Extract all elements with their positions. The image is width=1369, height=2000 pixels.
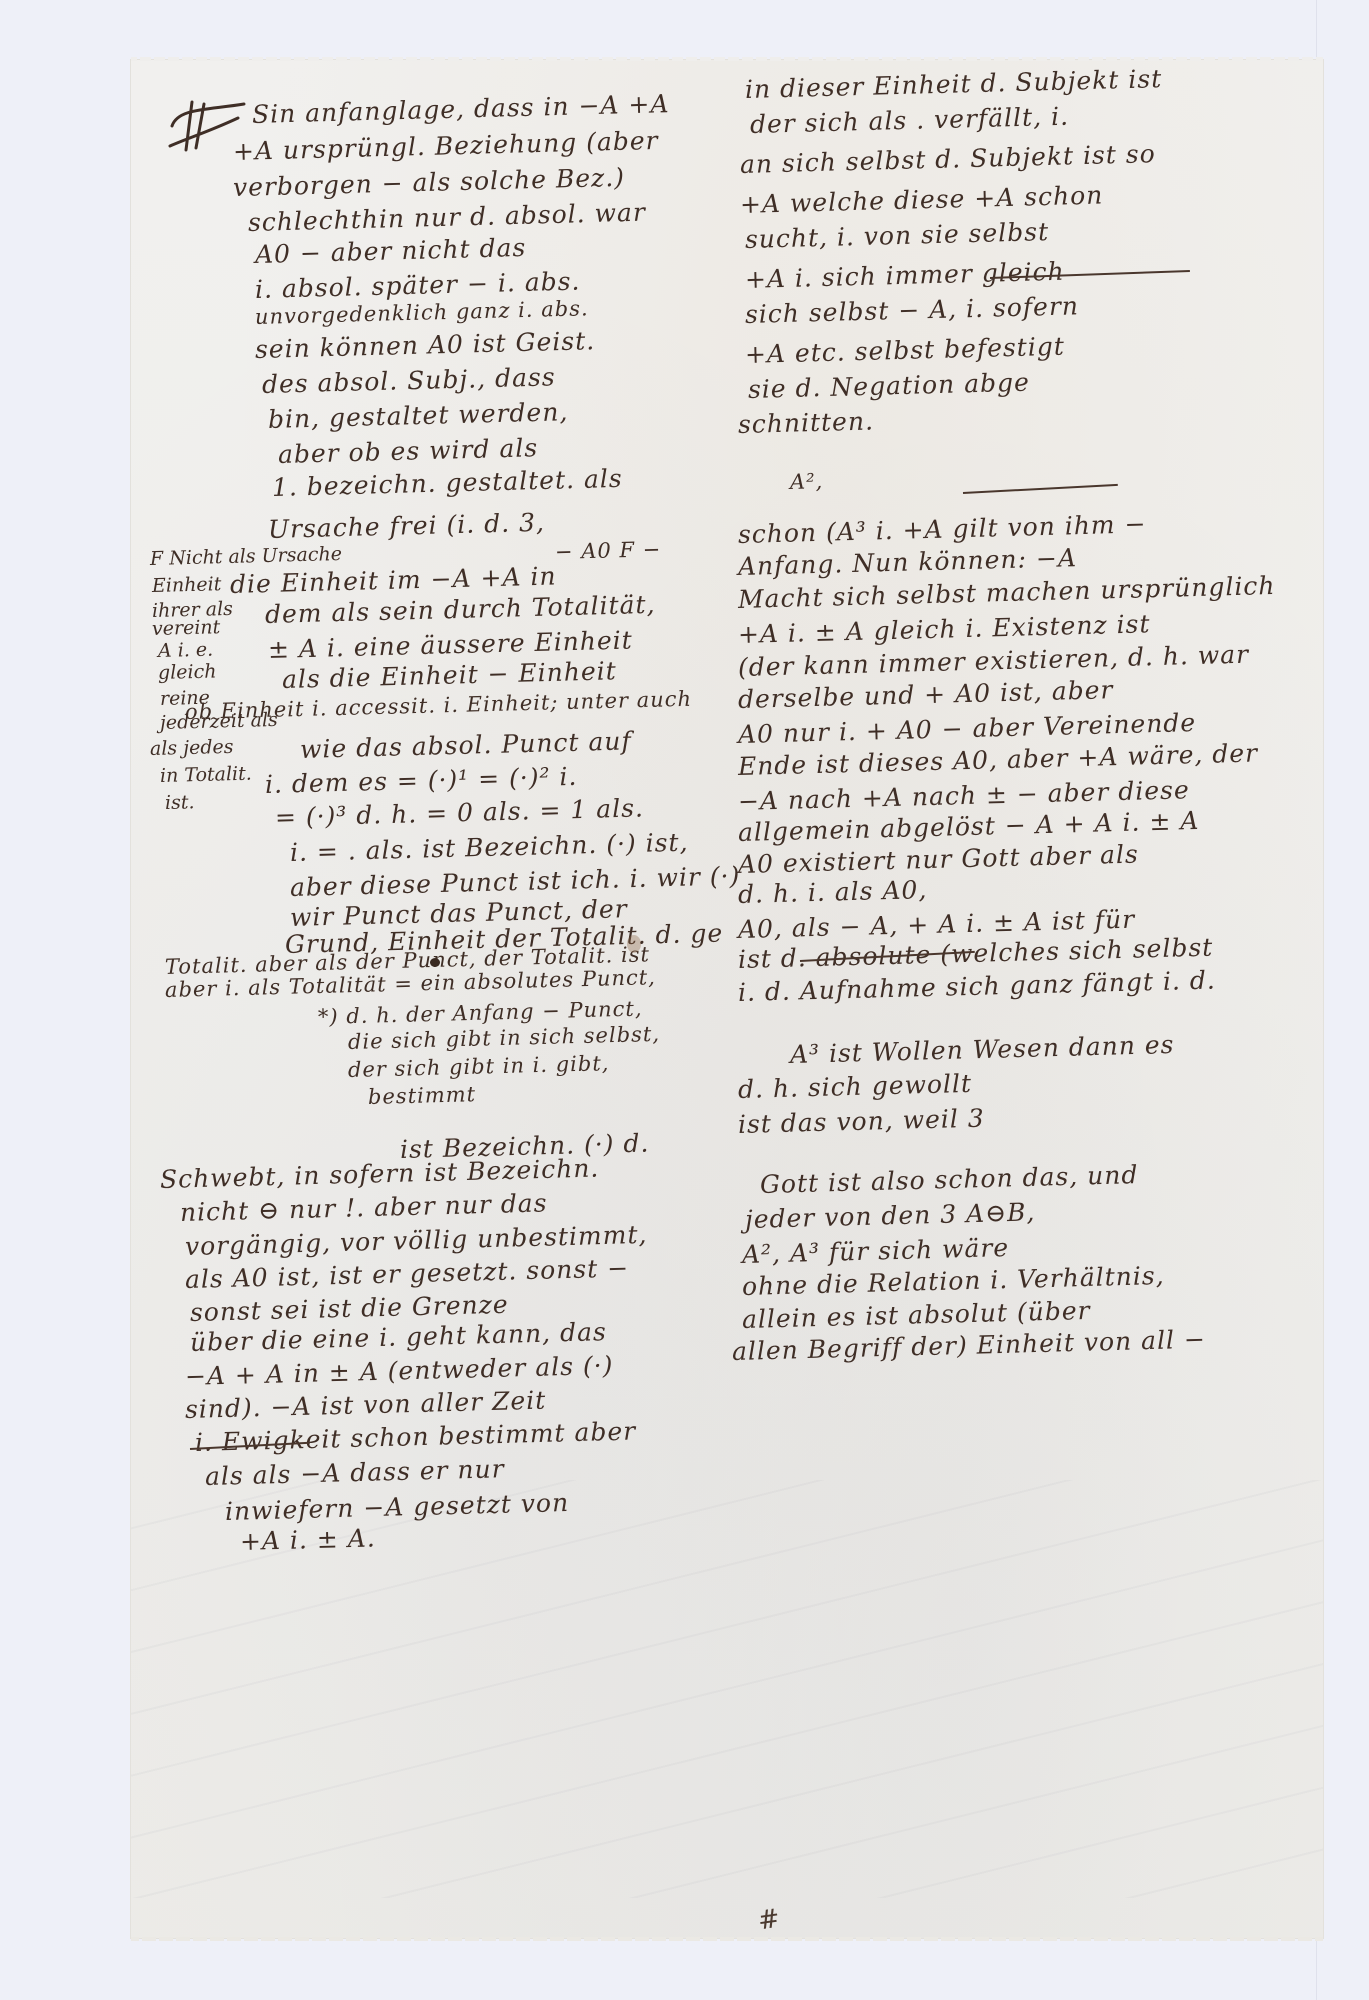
text-line: A²,	[790, 469, 824, 494]
text-line: d. h. i. als A0,	[738, 875, 928, 909]
margin-note: in Totalit.	[160, 763, 252, 787]
margin-note: als jedes	[150, 736, 234, 760]
text-line: − A0 F −	[555, 537, 662, 564]
margin-note: A i. e.	[158, 639, 214, 662]
margin-note: ist.	[165, 791, 195, 814]
margin-note: gleich	[158, 660, 217, 684]
text-line: schnitten.	[738, 406, 875, 439]
text-line: +A i. ± A.	[240, 1523, 376, 1556]
margin-note: jederzeit als	[160, 709, 278, 734]
text-line: bestimmt	[368, 1082, 477, 1109]
ink-stain	[627, 935, 641, 953]
margin-note: reine	[160, 687, 210, 710]
margin-note: Einheit	[152, 573, 222, 597]
ink-blot	[430, 958, 440, 967]
margin-note: vereint	[152, 616, 221, 640]
text-line: d. h. sich gewollt	[738, 1069, 973, 1104]
folio-mark: #	[756, 1904, 782, 1937]
